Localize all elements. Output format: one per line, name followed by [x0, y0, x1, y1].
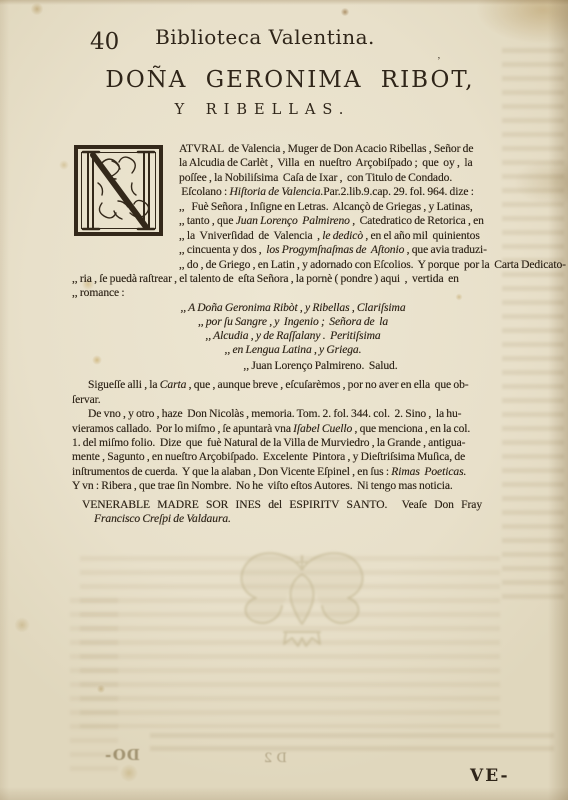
- text-line: De vno , y otro , haze Don Nicolàs , mem…: [72, 407, 514, 421]
- paragraph-venerable: VENERABLE MADRE SOR INES del ESPIRITV SA…: [72, 498, 514, 527]
- book-page: 40 Biblioteca Valentina. DOÑA GERONIMA R…: [0, 0, 568, 800]
- text-line: ,, por ſu Sangre , y Ingenio ; Señora de…: [72, 315, 514, 329]
- woodcut-initial-icon: [72, 143, 165, 238]
- text-line: mente , Sagunto , en nueſtro Arçobiſpado…: [72, 450, 514, 464]
- bleedthrough-catchword: DO-: [104, 746, 140, 764]
- cross-reference-heading: VENERABLE MADRE SOR INES del ESPIRITV SA…: [72, 498, 514, 512]
- text-line: ſervar.: [72, 393, 514, 407]
- text-line: vieramos callado. Por lo miſmo , ſe apun…: [72, 422, 514, 436]
- catchword: VE-: [470, 766, 510, 786]
- paragraph-de-vno: De vno , y otro , haze Don Nicolàs , mem…: [72, 407, 514, 494]
- bleedthrough-texture-bottom: [150, 733, 554, 759]
- ink-mark: ’: [437, 55, 441, 67]
- drop-cap-initial: N: [72, 143, 172, 260]
- article-body: N: [72, 142, 514, 527]
- text-line: ,, romance :: [72, 286, 514, 300]
- text-line: ,, ria , ſe puedà raſtrear , el talento …: [72, 272, 514, 286]
- cross-reference-name: Francisco Creſpi de Valdaura.: [72, 512, 514, 526]
- text-line: ,, en Lengua Latina , y Griega.: [72, 343, 514, 357]
- paragraph-siguesse: Sigueſſe alli , la Carta , que , aunque …: [72, 378, 514, 407]
- text-line: ,, Alcudia , y de Raſſalany . Peritiſsim…: [72, 329, 514, 343]
- article-subtitle: Y RIBELLAS.: [0, 102, 525, 118]
- text-line: Sigueſſe alli , la Carta , que , aunque …: [72, 378, 514, 392]
- text-line: Y vn : Ribera , que trae ſin Nombre. No …: [72, 479, 514, 493]
- article-title: DOÑA GERONIMA RIBOT,: [30, 67, 550, 93]
- paper-watermark: [222, 540, 382, 660]
- text-line: ,, A Doña Geronima Ribòt , y Ribellas , …: [72, 301, 514, 315]
- paragraph-natural: N: [72, 142, 514, 301]
- bleedthrough-signature: D 2: [264, 751, 287, 766]
- text-line: 1. del miſmo folio. Dize que fuè Natural…: [72, 436, 514, 450]
- text-line: inſtrumentos de cuerda. Y que la alaban …: [72, 465, 514, 479]
- running-title: Biblioteca Valentina.: [0, 25, 530, 49]
- salutation: ,, Juan Lorenço Palmireno. Salud.: [72, 359, 514, 373]
- dedication-verse: ,, A Doña Geronima Ribòt , y Ribellas , …: [72, 301, 514, 357]
